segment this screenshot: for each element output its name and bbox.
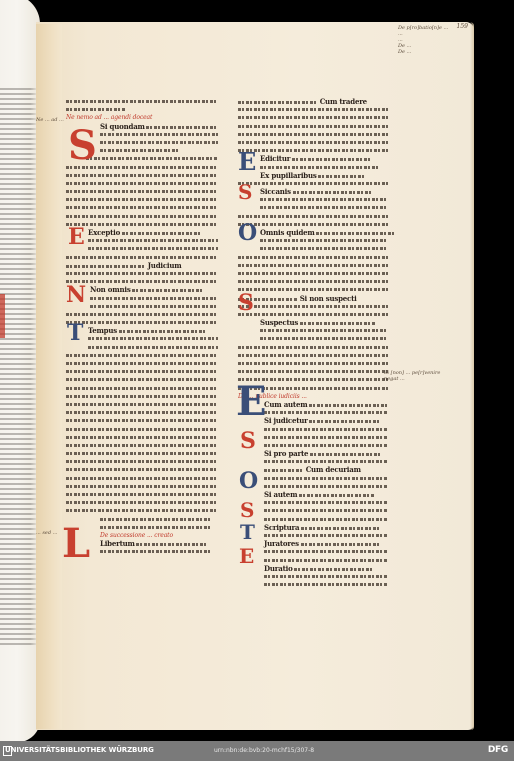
lemma: Edicitur xyxy=(260,155,290,163)
lemma: Scriptura xyxy=(264,524,299,532)
lemma: Si judicetur xyxy=(264,417,308,425)
decorated-initial-e: E xyxy=(68,226,85,248)
rubric: De successione ... creato xyxy=(100,532,173,539)
decorated-initial-s: S xyxy=(240,430,256,452)
lemma: Cum tradere xyxy=(320,98,367,106)
dfg-logo[interactable]: DFG xyxy=(488,745,508,755)
lemma: Judicium xyxy=(148,262,182,270)
decorated-initial-t: T xyxy=(240,522,255,542)
text-column-b: Cum tradere Edicitur Ex pupillaribus Sic… xyxy=(238,98,408,589)
lemma: Si quondam xyxy=(100,123,145,131)
library-name[interactable]: UNIVERSITÄTSBIBLIOTHEK WÜRZBURG xyxy=(5,746,154,754)
decorated-initial-n: N xyxy=(66,284,86,306)
left-page-rubric-mark xyxy=(0,294,5,338)
lemma: Si non suspecti xyxy=(300,295,357,303)
decorated-initial-o: O xyxy=(239,470,258,492)
page-image-viewer[interactable]: De p[ro]batio[n]e ... 159 ... ... De ...… xyxy=(0,0,514,741)
left-page-text-block xyxy=(0,88,38,648)
decorated-initial-l: L xyxy=(62,524,90,564)
decorated-initial-e: E xyxy=(239,546,254,566)
lemma: Tempus xyxy=(88,327,117,335)
lemma: Cum decuriam xyxy=(306,466,361,474)
folio-number: 159 xyxy=(457,24,468,30)
decorated-initial-t: T xyxy=(67,322,83,344)
decorated-initial-s: S xyxy=(240,500,254,520)
lemma: Non omnis xyxy=(90,286,131,294)
lemma: Si pro parte xyxy=(264,450,308,458)
top-right-marginal-note: De p[ro]batio[n]e ... 159 ... ... De ...… xyxy=(398,25,470,55)
decorated-initial-s: S xyxy=(238,182,252,202)
rubric: Ne nemo ad ... agendi doceat xyxy=(66,114,152,121)
left-marginal-note: Ne ... ad ... xyxy=(36,117,66,123)
viewer-footer-bar: UNIVERSITÄTSBIBLIOTHEK WÜRZBURG urn:nbn:… xyxy=(0,741,514,761)
urn-identifier[interactable]: urn:nbn:de:bvb:20-mchf15/307-8 xyxy=(214,747,314,754)
decorated-initial-o: O xyxy=(238,222,257,244)
decorated-initial-s: S xyxy=(238,292,254,314)
decorated-initial-s: S xyxy=(68,126,97,166)
lemma: Cum autem xyxy=(264,401,307,409)
lemma: Juratores xyxy=(264,540,299,548)
lemma: Siccanis xyxy=(260,188,291,196)
lemma: Ex pupillaribus xyxy=(260,172,317,180)
lemma: Suspectus xyxy=(260,319,298,327)
lemma: Exceptio xyxy=(88,229,120,237)
decorated-initial-e: E xyxy=(238,150,256,174)
note-line: De p[ro]batio[n]e ... xyxy=(398,25,448,31)
lemma: Si autem xyxy=(264,491,297,499)
lemma: Omnis quidem xyxy=(260,229,315,237)
lemma: Libertum xyxy=(100,540,135,548)
lemma: Duratio xyxy=(264,565,293,573)
note-line: De ... xyxy=(398,49,411,55)
decorated-initial-e: E xyxy=(236,382,267,422)
binding-gutter xyxy=(36,24,62,729)
facing-left-page xyxy=(0,0,40,741)
